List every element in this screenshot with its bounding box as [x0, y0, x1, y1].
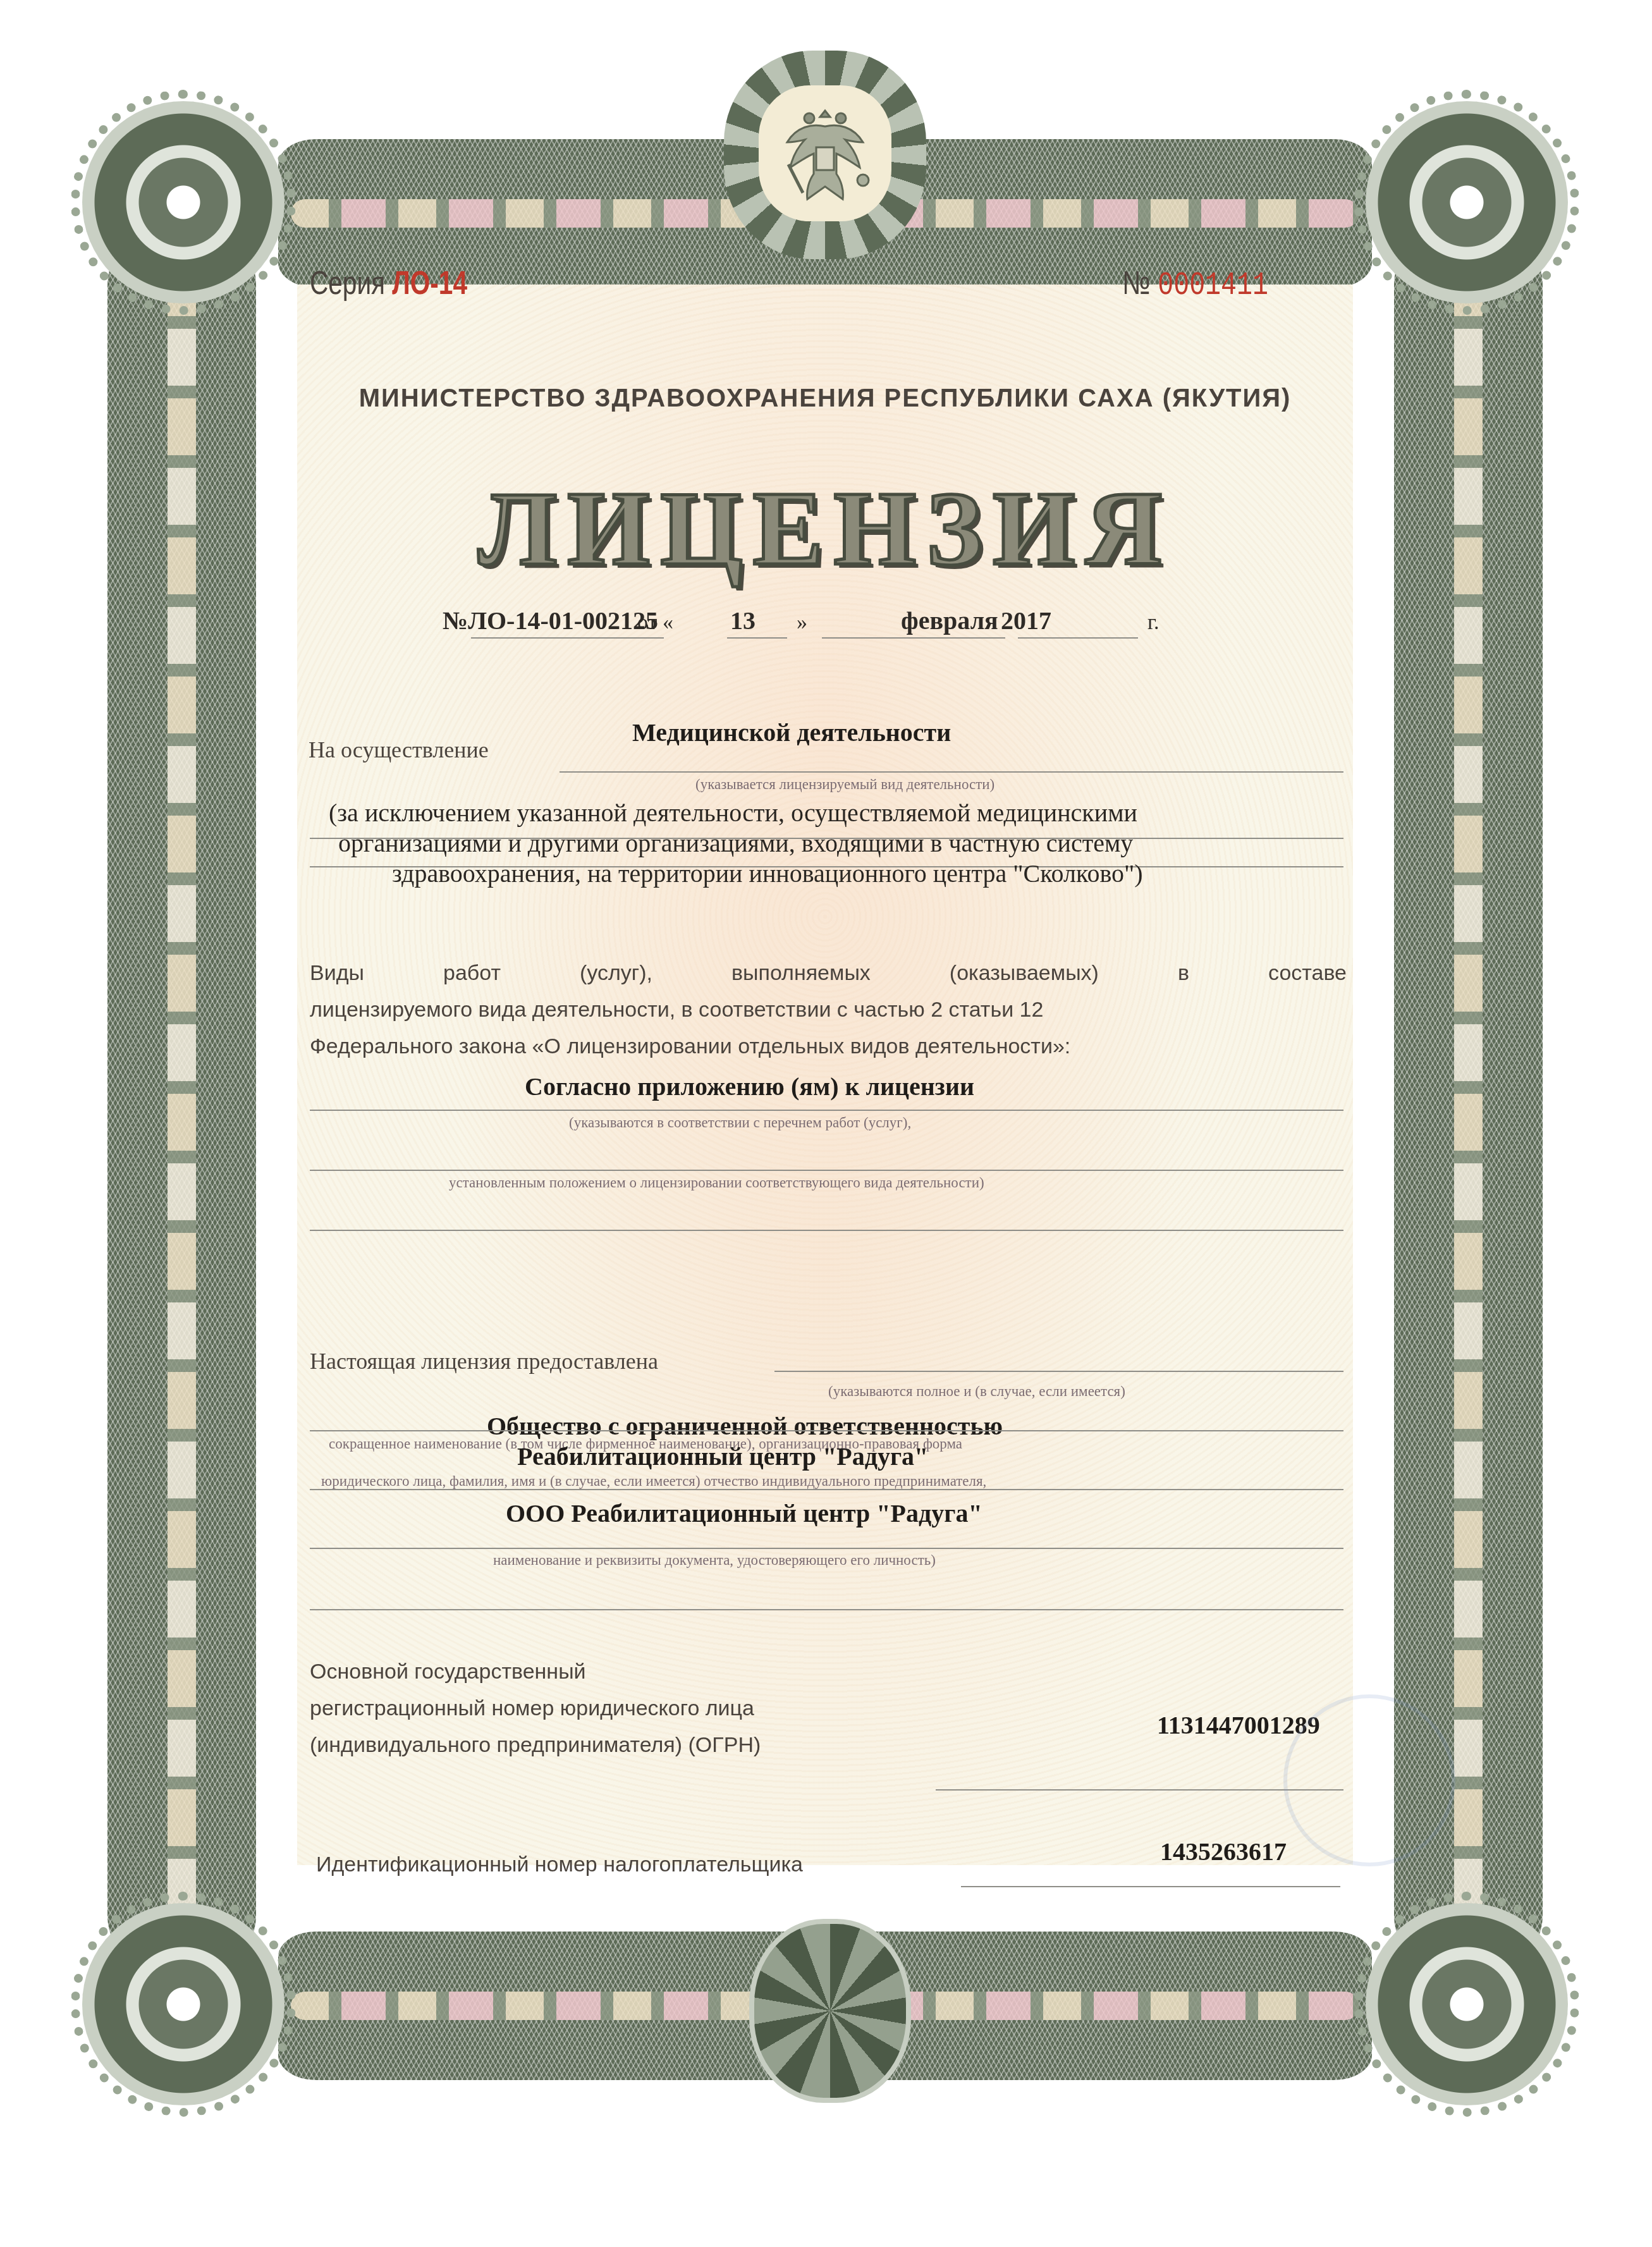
inn-value: 1435263617 — [1160, 1837, 1287, 1866]
border-left-band — [107, 247, 256, 1954]
works-label-line-3: Федерального закона «О лицензировании от… — [310, 1034, 1070, 1059]
licensee-name-line-2: Реабилитационный центр "Радуга" — [517, 1442, 928, 1471]
date-year-suffix: г. — [1147, 611, 1159, 635]
series: Серия ЛО-14 — [310, 264, 467, 302]
activity-value: Медицинской деятельности — [632, 718, 951, 747]
ogrn-label-line-1: Основной государственный — [310, 1660, 586, 1684]
underline — [961, 1886, 1340, 1887]
series-label: Серия — [310, 265, 385, 302]
license-number-value: ЛО-14-01-002125 — [468, 606, 658, 635]
works-hint-1: (указываются в соответствии с перечнем р… — [569, 1115, 911, 1131]
underline — [471, 637, 664, 639]
ogrn-label-line-2: регистрационный номер юридического лица — [310, 1696, 754, 1721]
corner-rosette-icon — [1366, 1903, 1568, 2105]
exclusion-line-2: организациями и другими организациями, в… — [338, 828, 1133, 858]
exclusion-line-3: здравоохранения, на территории инновацио… — [392, 859, 1143, 888]
licensee-hint-3: юридического лица, фамилия, имя и (в слу… — [321, 1473, 986, 1490]
underline — [310, 1170, 1343, 1171]
ogrn-label-line-3: (индивидуального предпринимателя) (ОГРН) — [310, 1733, 761, 1758]
date-quote-close: » — [797, 611, 807, 635]
coat-of-arms-eagle-icon — [774, 98, 876, 209]
date-from-label: от « — [637, 611, 673, 635]
underline — [822, 637, 1005, 639]
license-number: №ЛО-14-01-002125 — [443, 606, 658, 635]
issuer-name: МИНИСТЕРСТВО ЗДРАВООХРАНЕНИЯ РЕСПУБЛИКИ … — [303, 384, 1347, 413]
underline — [310, 1110, 1343, 1111]
underline — [774, 1371, 1343, 1372]
underline — [1018, 637, 1138, 639]
license-number-label: № — [443, 606, 468, 635]
series-value: ЛО-14 — [392, 265, 467, 302]
underline — [727, 637, 787, 639]
inn-label: Идентификационный номер налогоплательщик… — [316, 1852, 803, 1877]
bottom-medallion-icon — [749, 1919, 911, 2103]
works-label-line-1: Виды работ (услуг), выполняемых (оказыва… — [310, 961, 1347, 986]
border-right-band — [1394, 247, 1543, 1954]
date-month: февраля — [901, 606, 998, 635]
underline — [560, 771, 1343, 773]
licensee-hint-1: (указываются полное и (в случае, если им… — [828, 1383, 1125, 1400]
works-label-line-2: лицензируемого вида деятельности, в соот… — [310, 998, 1043, 1022]
blank-number: № 0001411 — [1122, 264, 1268, 304]
licensee-label: Настоящая лицензия предоставлена — [310, 1348, 658, 1375]
underline — [310, 1609, 1343, 1610]
underline — [310, 1548, 1343, 1549]
faint-seal-impression — [1283, 1694, 1455, 1866]
underline — [310, 1230, 1343, 1231]
licensee-hint-4: наименование и реквизиты документа, удос… — [493, 1552, 936, 1569]
activity-label: На осуществление — [309, 737, 489, 763]
exclusion-line-1: (за исключением указанной деятельности, … — [329, 798, 1137, 828]
works-value: Согласно приложению (ям) к лицензии — [525, 1072, 974, 1101]
licensee-short-name: ООО Реабилитационный центр "Радуга" — [506, 1498, 982, 1528]
date-year: 2017 — [1001, 606, 1051, 635]
underline — [310, 1430, 1343, 1431]
date-day: 13 — [730, 606, 756, 635]
number-label: № — [1122, 265, 1151, 302]
activity-hint: (указывается лицензируемый вид деятельно… — [695, 776, 994, 793]
corner-rosette-icon — [1366, 101, 1568, 303]
works-hint-2: установленным положением о лицензировани… — [449, 1175, 984, 1191]
emblem-medallion — [724, 51, 926, 259]
corner-rosette-icon — [82, 101, 285, 303]
document-title: ЛИЦЕНЗИЯ — [297, 468, 1353, 590]
number-value: 0001411 — [1158, 267, 1268, 304]
corner-rosette-icon — [82, 1903, 285, 2105]
underline — [936, 1789, 1135, 1791]
